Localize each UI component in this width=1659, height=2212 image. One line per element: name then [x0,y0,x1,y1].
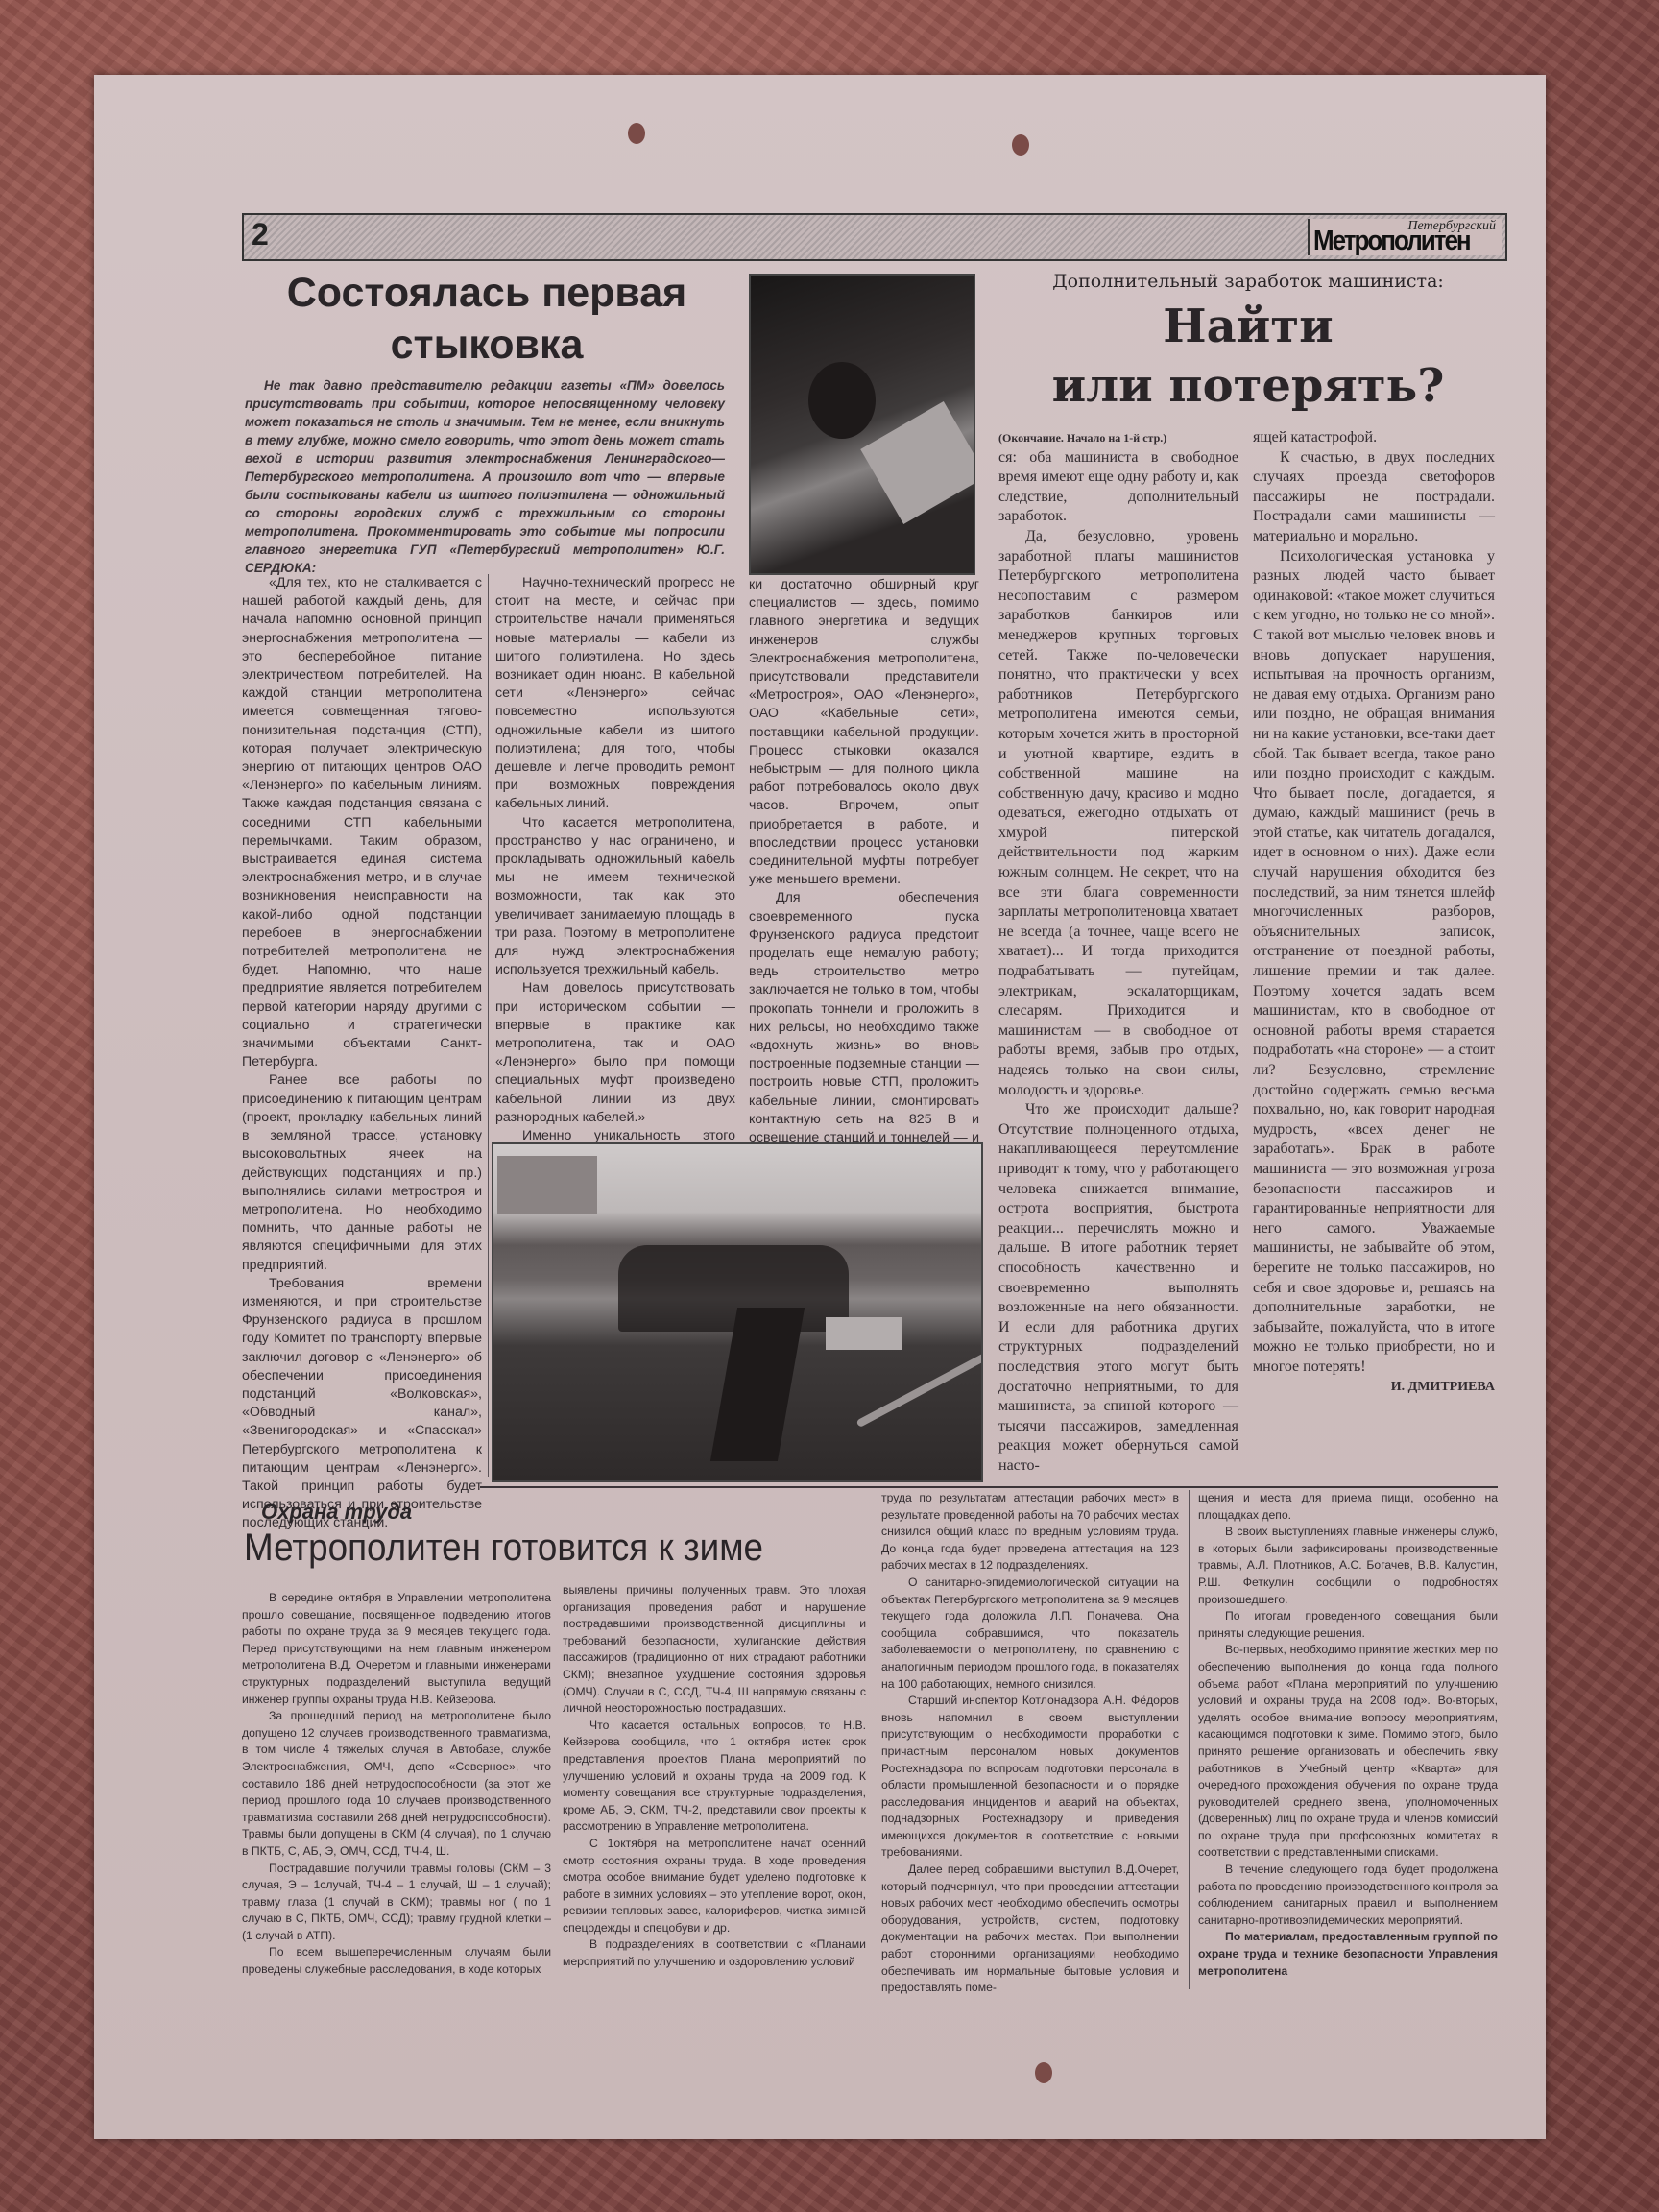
article1-column-1: «Для тех, кто не сталкивается с нашей ра… [242,574,482,1533]
paragraph: В своих выступлениях главные инженеры сл… [1198,1524,1498,1608]
article3-column-2: выявлены причины полученных травм. Это п… [563,1582,866,1971]
article2-column-1: (Окончание. Начало на 1-й стр.) ся: оба … [998,428,1238,1476]
article2-title-line2: или потерять? [998,357,1498,415]
photo-equipment [860,401,975,524]
paragraph: Для обеспечения своевременного пуска Фру… [749,889,979,1166]
paragraph: ящей катастрофой. [1253,428,1495,448]
paragraph: В течение следующего года будет продолже… [1198,1862,1498,1929]
paragraph: К счастью, в двух последних случаях прое… [1253,448,1495,547]
paragraph: По всем вышеперечисленным случаям были п… [242,1944,551,1978]
paragraph: Требования времени изменяются, и при стр… [242,1275,482,1533]
article3-column-4: щения и места для приема пищи, особенно … [1198,1490,1498,1980]
paragraph: ся: оба машиниста в свободное время имею… [998,448,1238,527]
photo-specialists-at-trench [492,1142,983,1482]
paragraph: Старший инспектор Котлонадзора А.Н. Фёдо… [881,1693,1179,1862]
page-number: 2 [252,217,269,252]
column-rule [488,574,489,1477]
article3-column-3: труда по результатам аттестации рабочих … [881,1490,1179,1997]
paragraph: Психологическая установка у разных людей… [1253,547,1495,1378]
article3-section-label: Охрана труда [261,1500,412,1525]
paragraph: труда по результатам аттестации рабочих … [881,1490,1179,1575]
paragraph: Нам довелось присутствовать при историче… [495,979,735,1127]
photo-cable-splicing [749,274,975,575]
binder-hole [1012,134,1029,156]
paragraph: Что касается метрополитена, пространство… [495,814,735,980]
article3-credit: По материалам, предоставленным группой п… [1198,1929,1498,1980]
paragraph: Что же происходит дальше? Отсутствие пол… [998,1100,1238,1476]
paragraph: Научно-технический прогресс не стоит на … [495,574,735,814]
photo-cable [855,1349,983,1428]
photo-crowd [618,1245,849,1332]
article1-column-2: Научно-технический прогресс не стоит на … [495,574,735,1165]
paragraph: Ранее все работы по присоединению к пита… [242,1071,482,1274]
paragraph: щения и места для приема пищи, особенно … [1198,1490,1498,1524]
paragraph: Далее перед собравшими выступил В.Д.Очер… [881,1862,1179,1997]
masthead-logo: Петербургский Метрополитен [1308,219,1502,255]
paragraph: Пострадавшие получили травмы головы (СКМ… [242,1861,551,1945]
photo-box [826,1317,902,1350]
paragraph: ки достаточно обширный круг специалистов… [749,576,979,889]
column-rule [1189,1490,1190,1989]
paragraph: По итогам проведенного совещания были пр… [1198,1608,1498,1642]
masthead-main: Метрополитен [1313,224,1470,256]
binder-hole [1035,2062,1052,2083]
paragraph: Во-первых, необходимо принятие жестких м… [1198,1642,1498,1862]
article3-column-1: В середине октября в Управлении метропол… [242,1590,551,1979]
paragraph: «Для тех, кто не сталкивается с нашей ра… [242,574,482,1071]
paragraph: Да, безусловно, уровень заработной платы… [998,527,1238,1100]
photo-figure [808,362,876,439]
paragraph: О санитарно-эпидемиологической ситуации … [881,1575,1179,1693]
article2-title-line1: Найти [998,298,1498,355]
photo-building [497,1156,597,1214]
continuation-note: (Окончание. Начало на 1-й стр.) [998,428,1238,448]
paragraph: С 1октября на метрополитене начат осенни… [563,1836,866,1937]
article2-column-2: ящей катастрофой. К счастью, в двух посл… [1253,428,1495,1397]
paragraph: выявлены причины полученных травм. Это п… [563,1582,866,1718]
paragraph: За прошедший период на метрополитене был… [242,1708,551,1860]
article1-title: Состоялась первая стыковка [242,267,732,371]
paragraph: В подразделениях в соответствии с «Плана… [563,1936,866,1970]
article3-title: Метрополитен готовится к зиме [244,1527,763,1570]
article2-author: И. ДМИТРИЕВА [1253,1378,1495,1398]
paragraph: В середине октября в Управлении метропол… [242,1590,551,1708]
section-divider [480,1486,1498,1488]
binder-hole [628,123,645,144]
paragraph: Что касается остальных вопросов, то Н.В.… [563,1718,866,1836]
article1-lead: Не так давно представителю редакции газе… [245,376,725,577]
article2-kicker: Дополнительный заработок машиниста: [998,271,1498,292]
article1-column-3: ки достаточно обширный круг специалистов… [749,576,979,1185]
